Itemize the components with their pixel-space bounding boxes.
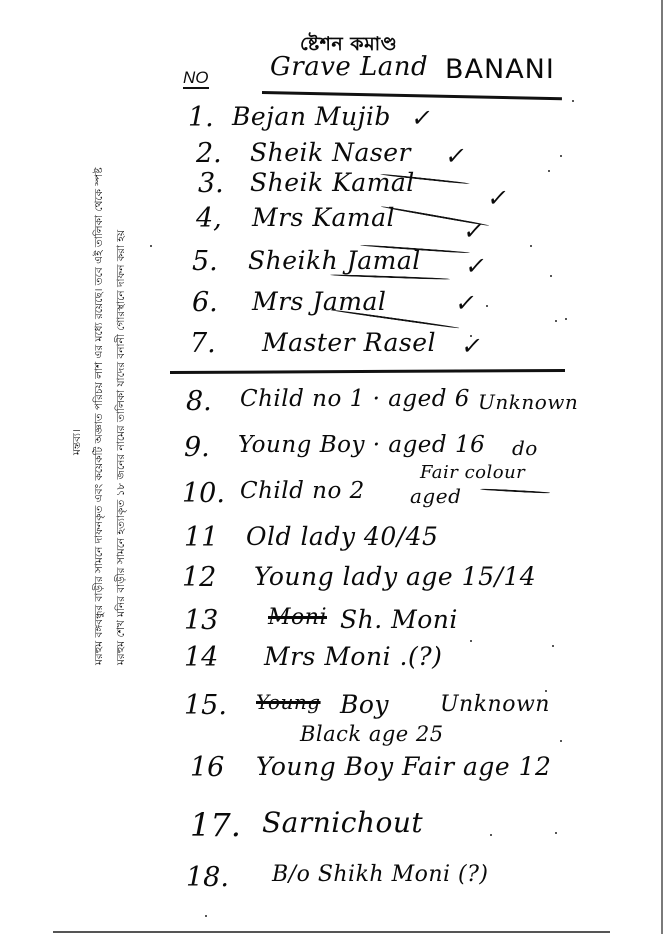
checkmark-icon: ✓ xyxy=(410,104,435,132)
scan-speck xyxy=(548,170,550,172)
entry-number: 17. xyxy=(190,806,241,844)
entry-name: Sheikh Jamal xyxy=(248,246,421,275)
entry-description: Boy xyxy=(340,690,389,719)
checkmark-icon: ✓ xyxy=(486,184,511,212)
side-note-line: মরহুম বঙ্গবন্ধুর বাড়ীর সামনে দাফনকৃত এব… xyxy=(92,167,109,665)
entry-description: Young Boy · aged 16 xyxy=(238,432,485,458)
entry-description: Young Boy Fair age 12 xyxy=(256,752,551,781)
scribble-line xyxy=(480,488,550,494)
entry-note: do xyxy=(512,436,538,460)
entry-name: Sheik Kamal xyxy=(250,168,415,197)
entry-number: 8. xyxy=(186,386,212,417)
entry-description: Old lady 40/45 xyxy=(246,522,438,551)
checkmark-icon: ✓ xyxy=(460,332,485,360)
checkmark-icon: ✓ xyxy=(464,252,489,280)
entry-name: Master Rasel xyxy=(262,328,436,357)
entry-number: 12 xyxy=(182,562,216,593)
entry-number: 9. xyxy=(184,432,210,463)
scan-speck xyxy=(205,915,207,917)
scan-speck xyxy=(470,640,472,642)
checkmark-icon: ✓ xyxy=(462,217,487,245)
entry-description: Young lady age 15/14 xyxy=(254,562,536,591)
scan-speck xyxy=(530,245,532,247)
scan-speck xyxy=(560,740,562,742)
scan-speck xyxy=(555,320,557,322)
entry-number: 6. xyxy=(192,287,218,318)
title-underline xyxy=(262,91,562,100)
entry-number: 11 xyxy=(184,522,218,553)
scan-speck xyxy=(555,832,557,834)
no-column-label: NO xyxy=(183,70,209,89)
scan-speck xyxy=(490,834,492,836)
entry-number: 10. xyxy=(182,478,225,509)
entry-name: Bejan Mujib xyxy=(232,102,391,131)
scan-speck xyxy=(470,335,472,337)
scan-speck xyxy=(552,645,554,647)
scan-speck xyxy=(550,275,552,277)
entry-description: B/o Shikh Moni (?) xyxy=(272,862,489,887)
grave-name: BANANI xyxy=(445,54,555,85)
scan-speck xyxy=(545,690,547,692)
entry-number: 15. xyxy=(184,690,227,721)
entry-subnote: Black age 25 xyxy=(300,722,444,746)
side-note-heading: মন্তব্য। xyxy=(70,429,87,455)
scan-speck xyxy=(560,155,562,157)
entry-description: Sh. Moni xyxy=(340,605,458,634)
side-note-line: মরহুম শেখ মনির বাড়ীর সামনে হত্যাকৃত ১৮ … xyxy=(114,230,131,665)
entry-name: Sheik Naser xyxy=(250,138,411,167)
entry-note: Unknown xyxy=(440,692,550,717)
page-right-edge xyxy=(661,0,663,934)
entry-description: Sarnichout xyxy=(262,806,423,839)
entry-number: 1. xyxy=(188,102,214,133)
entry-description: Mrs Moni .(?) xyxy=(264,642,442,671)
scribble-line xyxy=(330,309,459,329)
page-bottom-rule xyxy=(53,931,610,933)
scan-speck xyxy=(150,245,152,247)
entry-number: 3. xyxy=(198,168,224,199)
entry-struck-text: Young xyxy=(256,690,321,714)
entry-number: 16 xyxy=(190,752,224,783)
entry-number: 4, xyxy=(196,203,222,234)
entry-number: 13 xyxy=(184,605,218,636)
entry-name: Mrs Kamal xyxy=(252,203,395,232)
entry-description: Child no 2 xyxy=(240,478,365,504)
entry-subnote: Fair colour xyxy=(420,462,525,483)
entry-struck-text: Moni xyxy=(268,605,327,630)
entry-number: 5. xyxy=(192,246,218,277)
entry-number: 18. xyxy=(186,862,229,893)
section-divider xyxy=(170,369,565,374)
entry-description: Child no 1 · aged 6 xyxy=(240,386,470,412)
grave-title: Grave Land xyxy=(270,52,428,82)
entry-name: Mrs Jamal xyxy=(252,287,386,316)
checkmark-icon: ✓ xyxy=(454,289,479,317)
entry-number: 2. xyxy=(196,138,222,169)
scanned-document-page: ষ্টেশন কমাণ্ড NO Grave Land BANANI 1. Be… xyxy=(0,0,664,934)
entry-number: 7. xyxy=(190,328,216,359)
checkmark-icon: ✓ xyxy=(444,142,469,170)
scan-speck xyxy=(565,318,567,320)
entry-note: aged xyxy=(410,484,461,508)
entry-number: 14 xyxy=(184,642,218,673)
scan-speck xyxy=(572,100,574,102)
scan-speck xyxy=(486,305,488,307)
entry-note: Unknown xyxy=(478,390,578,414)
